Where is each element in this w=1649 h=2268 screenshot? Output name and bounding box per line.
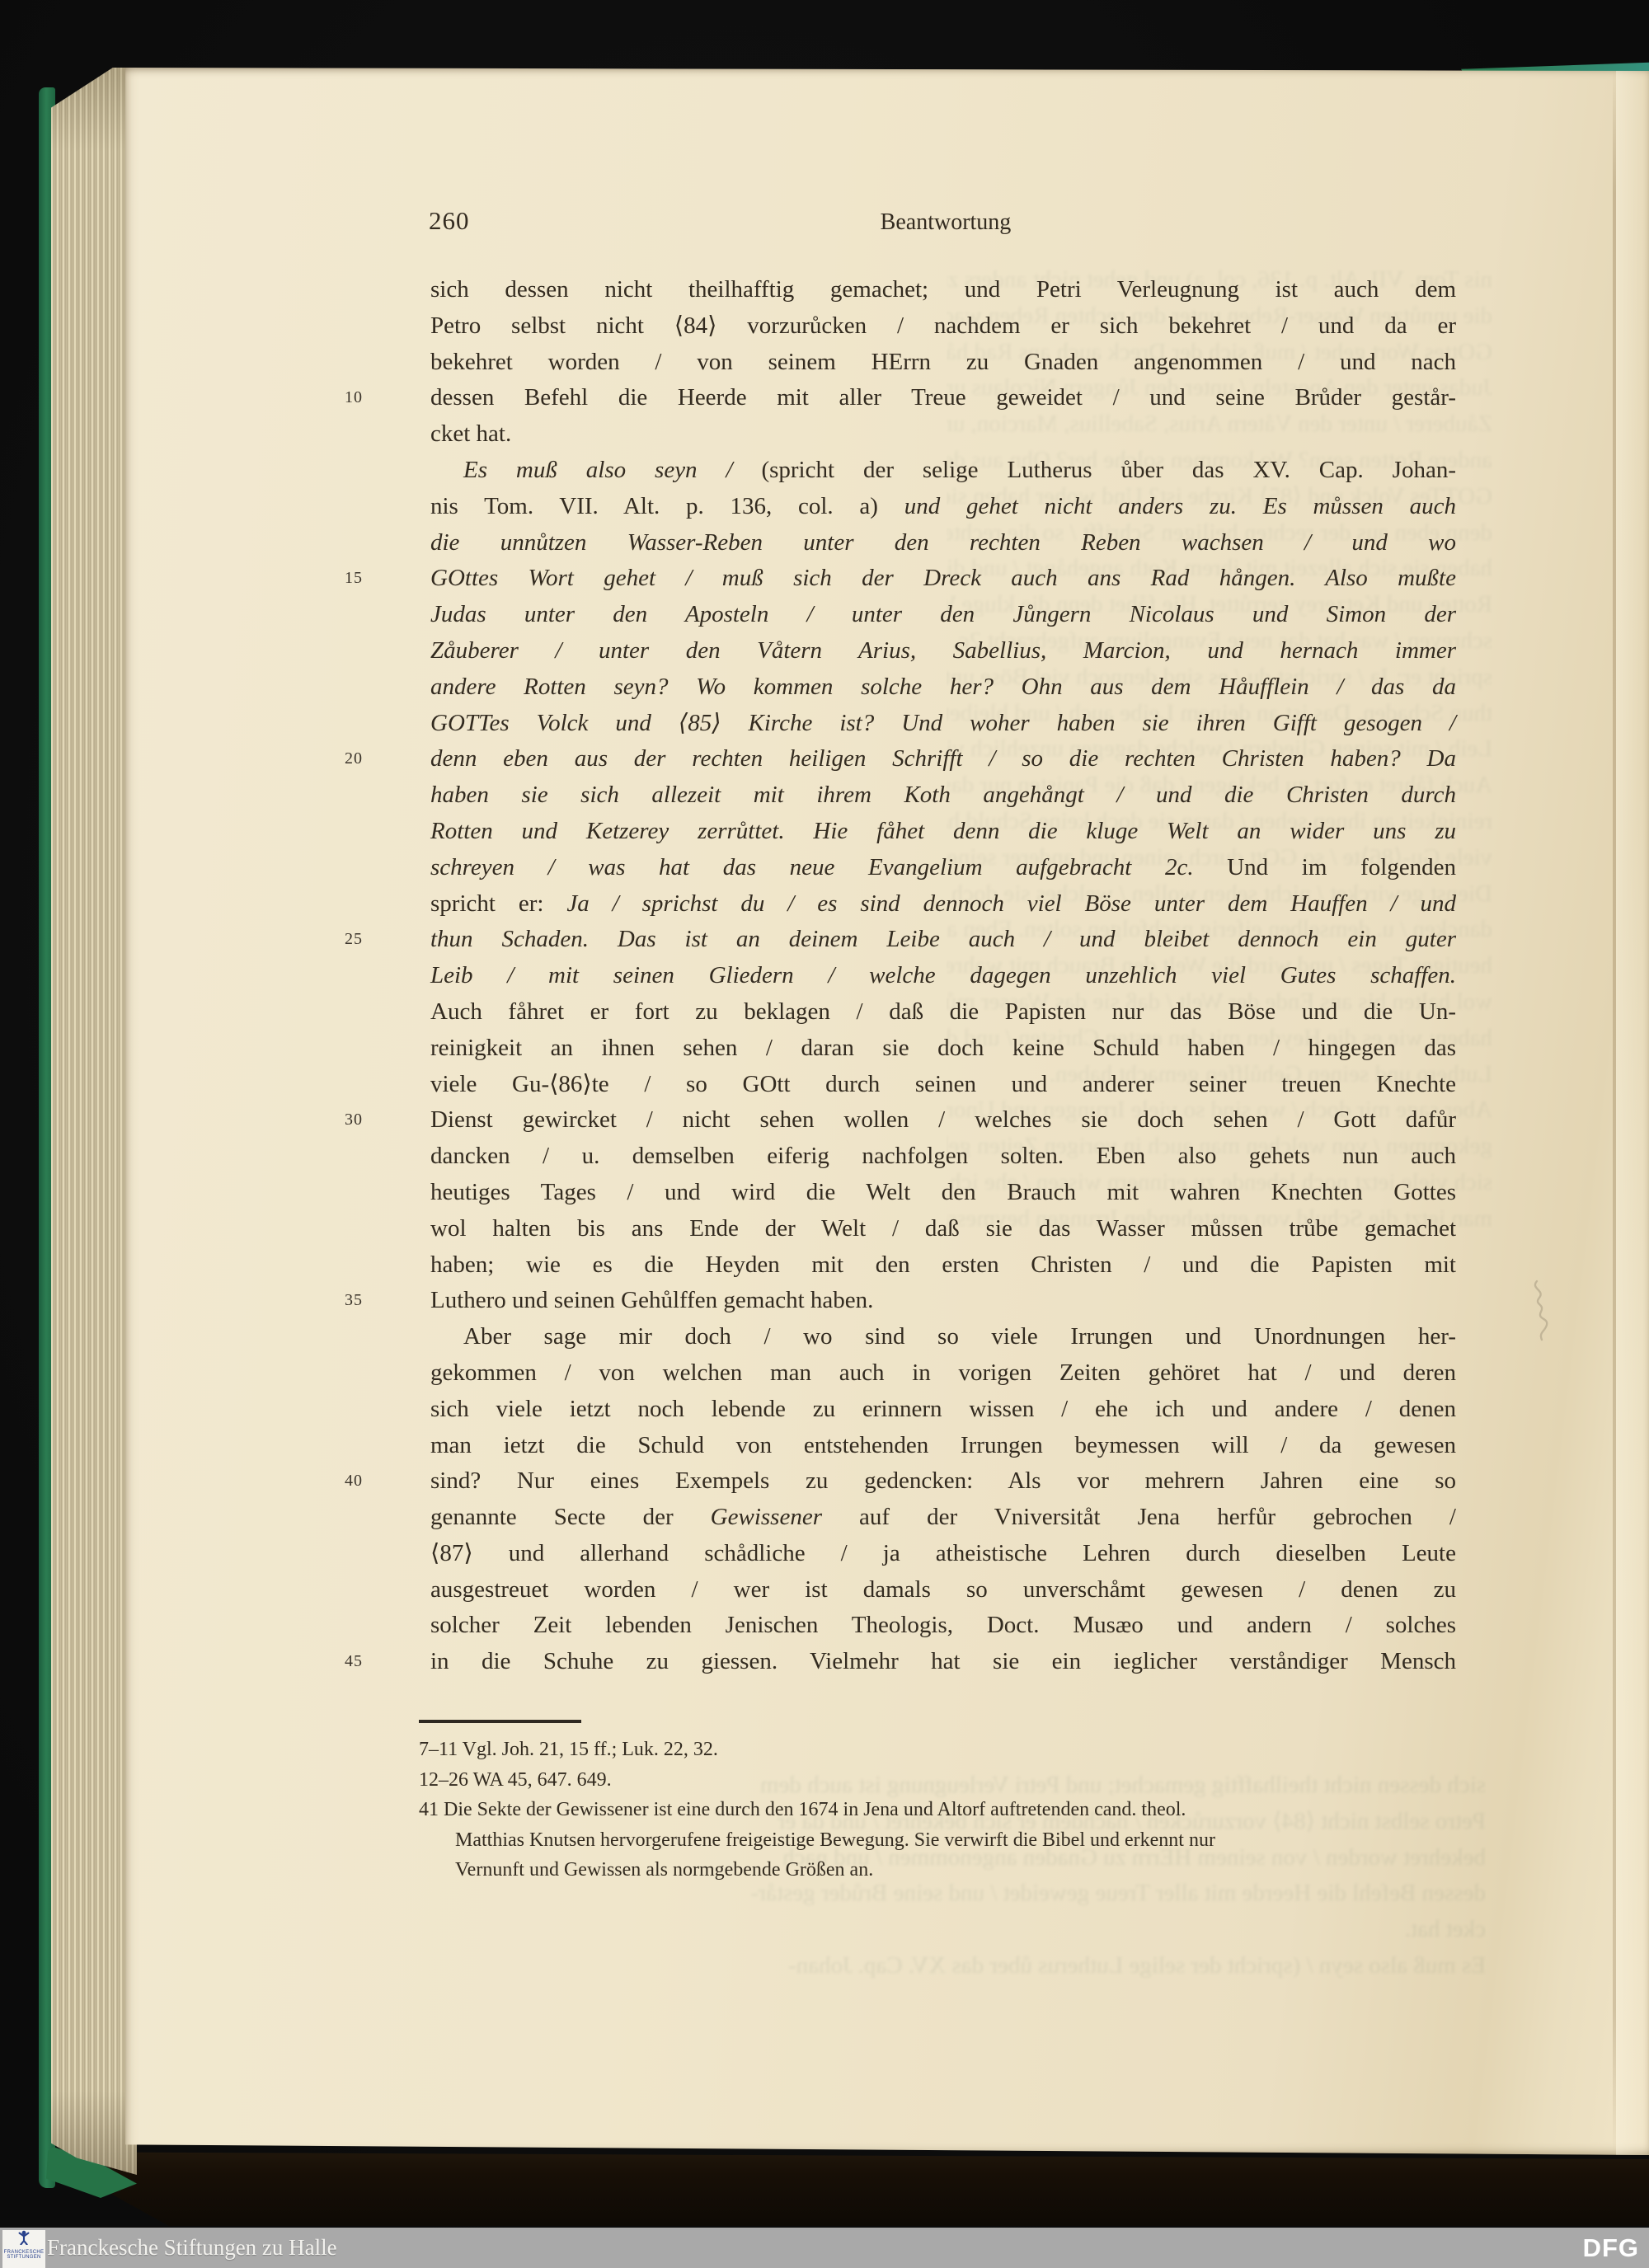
text-line: gekommen / von welchen man auch in vorig… bbox=[430, 1355, 1456, 1392]
text-segment: Luthero und seinen Gehůlffen gemacht hab… bbox=[430, 1287, 873, 1313]
line-number: 10 bbox=[345, 380, 417, 416]
text-line: bekehret worden / von seinem HErrn zu Gn… bbox=[430, 345, 1456, 381]
text-line: haben sie sich allezeit mit ihrem Koth a… bbox=[430, 777, 1456, 814]
text-line: 45in die Schuhe zu giessen. Vielmehr hat… bbox=[430, 1644, 1456, 1680]
text-segment: Petro selbst nicht ⟨84⟩ vorzurůcken / na… bbox=[430, 312, 1456, 339]
text-line: 20denn eben aus der rechten heiligen Sch… bbox=[430, 741, 1456, 777]
text-line: Petro selbst nicht ⟨84⟩ vorzurůcken / na… bbox=[430, 308, 1456, 345]
text-line: nis Tom. VII. Alt. p. 136, col. a) und g… bbox=[430, 489, 1456, 525]
book-scan-scene: nis Tom. VII. Alt. p. 136, col. a) und g… bbox=[0, 0, 1649, 2268]
text-segment: sind? Nur eines Exempels zu gedencken: A… bbox=[430, 1467, 1456, 1494]
line-number: 35 bbox=[345, 1283, 417, 1319]
text-segment: Zåuberer / unter den Våtern Arius, Sabel… bbox=[430, 637, 1456, 664]
logo-caption-line2: STIFTUNGEN bbox=[2, 2255, 45, 2261]
text-segment: viele Gu-⟨86⟩te / so GOtt durch seinen u… bbox=[430, 1071, 1456, 1097]
text-segment: gekommen / von welchen man auch in vorig… bbox=[430, 1359, 1456, 1386]
text-line: sich dessen nicht theilhafftig gemachet;… bbox=[430, 272, 1456, 308]
text-segment: dessen Befehl die Heerde mit aller Treue… bbox=[430, 384, 1456, 411]
footnote-line: 7–11 Vgl. Joh. 21, 15 ff.; Luk. 22, 32. bbox=[419, 1735, 1482, 1765]
institution-name: Franckesche Stiftungen zu Halle bbox=[47, 2228, 337, 2268]
text-line: reinigkeit an ihnen sehen / daran sie do… bbox=[430, 1031, 1456, 1067]
text-line: Rotten und Ketzerey zerrůttet. Hie fåhet… bbox=[430, 814, 1456, 850]
footnotes: 7–11 Vgl. Joh. 21, 15 ff.; Luk. 22, 32.1… bbox=[419, 1735, 1482, 1885]
text-line: ⟨87⟩ und allerhand schådliche / ja athei… bbox=[430, 1536, 1456, 1572]
text-segment: andere Rotten seyn? Wo kommen solche her… bbox=[430, 674, 1456, 700]
text-segment: spricht er: bbox=[430, 890, 566, 917]
text-line: man ietzt die Schuld von entstehenden Ir… bbox=[430, 1428, 1456, 1464]
text-segment: nis Tom. VII. Alt. p. 136, col. a) bbox=[430, 493, 904, 519]
text-segment: Aber sage mir doch / wo sind so viele Ir… bbox=[463, 1323, 1456, 1350]
text-segment: Auch fåhret er fort zu beklagen / daß di… bbox=[430, 998, 1456, 1025]
text-segment: heutiges Tages / und wird die Welt den B… bbox=[430, 1179, 1456, 1205]
body-text: sich dessen nicht theilhafftig gemachet;… bbox=[430, 272, 1456, 1680]
line-number: 30 bbox=[345, 1102, 417, 1139]
text-line: cket hat. bbox=[430, 416, 1456, 453]
text-segment: denn eben aus der rechten heiligen Schri… bbox=[430, 745, 1456, 772]
text-line: Es muß also seyn / (spricht der selige L… bbox=[430, 453, 1456, 489]
line-number: 45 bbox=[345, 1644, 417, 1680]
text-segment: (spricht der selige Lutherus ůber das XV… bbox=[761, 457, 1456, 483]
text-line: dancken / u. demselben eiferig nachfolge… bbox=[430, 1139, 1456, 1175]
text-segment: sich viele ietzt noch lebende zu erinner… bbox=[430, 1396, 1456, 1422]
text-segment: Es muß also seyn / bbox=[463, 457, 761, 483]
line-number: 40 bbox=[345, 1463, 417, 1500]
page-stack-fore-edge bbox=[51, 68, 137, 2175]
line-number: 20 bbox=[345, 741, 417, 777]
footnote-line: 12–26 WA 45, 647. 649. bbox=[419, 1765, 1482, 1796]
text-line: ausgestreuet worden / wer ist damals so … bbox=[430, 1572, 1456, 1608]
viewer-footer-bar: FRANCKESCHE STIFTUNGEN Franckesche Stift… bbox=[0, 2228, 1649, 2268]
text-segment: Gewissener bbox=[711, 1504, 822, 1530]
text-segment: Judas unter den Aposteln / unter den Jůn… bbox=[430, 601, 1456, 627]
text-line: haben; wie es die Heyden mit den ersten … bbox=[430, 1247, 1456, 1284]
text-segment: in die Schuhe zu giessen. Vielmehr hat s… bbox=[430, 1648, 1456, 1674]
text-line: Auch fåhret er fort zu beklagen / daß di… bbox=[430, 994, 1456, 1031]
text-line: schreyen / was hat das neue Evangelium a… bbox=[430, 850, 1456, 886]
text-line: spricht er: Ja / sprichst du / es sind d… bbox=[430, 886, 1456, 923]
text-segment: ausgestreuet worden / wer ist damals so … bbox=[430, 1576, 1456, 1603]
text-segment: thun Schaden. Das ist an deinem Leibe au… bbox=[430, 926, 1456, 952]
footnote-line: Vernunft und Gewissen als normgebende Gr… bbox=[419, 1855, 1482, 1885]
text-line: wol halten bis ans Ende der Welt / daß s… bbox=[430, 1211, 1456, 1247]
text-segment: reinigkeit an ihnen sehen / daran sie do… bbox=[430, 1035, 1456, 1061]
text-segment: Ja / sprichst du / es sind dennoch viel … bbox=[566, 890, 1456, 917]
text-line: 30Dienst gewircket / nicht sehen wollen … bbox=[430, 1102, 1456, 1139]
text-segment: haben; wie es die Heyden mit den ersten … bbox=[430, 1251, 1456, 1278]
text-segment: haben sie sich allezeit mit ihrem Koth a… bbox=[430, 782, 1456, 808]
orphan-figure-icon bbox=[16, 2230, 32, 2245]
text-line: 35Luthero und seinen Gehůlffen gemacht h… bbox=[430, 1283, 1456, 1319]
ghost-line: cket hat. bbox=[430, 1912, 1486, 1948]
text-line: GOTTes Volck und ⟨85⟩ Kirche ist? Und wo… bbox=[430, 706, 1456, 742]
page-fold-highlight bbox=[1616, 68, 1649, 2155]
text-line: Zåuberer / unter den Våtern Arius, Sabel… bbox=[430, 633, 1456, 669]
line-number: 15 bbox=[345, 561, 417, 597]
text-line: Aber sage mir doch / wo sind so viele Ir… bbox=[430, 1319, 1456, 1355]
text-line: heutiges Tages / und wird die Welt den B… bbox=[430, 1175, 1456, 1211]
text-line: genannte Secte der Gewissener auf der Vn… bbox=[430, 1500, 1456, 1536]
footnote-line: 41 Die Sekte der Gewissener ist eine dur… bbox=[419, 1795, 1482, 1825]
text-segment: Dienst gewircket / nicht sehen wollen / … bbox=[430, 1106, 1456, 1133]
text-line: solcher Zeit lebenden Jenischen Theologi… bbox=[430, 1608, 1456, 1644]
text-segment: Leib / mit seinen Gliedern / welche dage… bbox=[430, 962, 1456, 988]
text-segment: GOttes Wort gehet / muß sich der Dreck a… bbox=[430, 565, 1456, 591]
text-line: 25thun Schaden. Das ist an deinem Leibe … bbox=[430, 922, 1456, 958]
text-segment: cket hat. bbox=[430, 420, 511, 447]
franckesche-stiftungen-logo: FRANCKESCHE STIFTUNGEN bbox=[2, 2230, 45, 2268]
text-segment: ⟨87⟩ und allerhand schådliche / ja athei… bbox=[430, 1540, 1456, 1566]
text-segment: genannte Secte der bbox=[430, 1504, 711, 1530]
page-number: 260 bbox=[429, 206, 470, 236]
text-segment: Rotten und Ketzerey zerrůttet. Hie fåhet… bbox=[430, 818, 1456, 844]
text-segment: solcher Zeit lebenden Jenischen Theologi… bbox=[430, 1612, 1456, 1638]
text-line: Judas unter den Aposteln / unter den Jůn… bbox=[430, 597, 1456, 633]
text-line: andere Rotten seyn? Wo kommen solche her… bbox=[430, 669, 1456, 706]
footnote-separator-rule bbox=[419, 1720, 581, 1723]
text-line: 10dessen Befehl die Heerde mit aller Tre… bbox=[430, 380, 1456, 416]
ghost-line: Es muß also seyn / (spricht der selige L… bbox=[430, 1948, 1486, 1984]
dfg-logo: DFG bbox=[1583, 2228, 1639, 2268]
text-segment: auf der Vniversitåt Jena herfůr gebroche… bbox=[822, 1504, 1456, 1530]
text-segment: und gehet nicht anders zu. Es můssen auc… bbox=[904, 493, 1456, 519]
text-line: viele Gu-⟨86⟩te / so GOtt durch seinen u… bbox=[430, 1067, 1456, 1103]
text-segment: bekehret worden / von seinem HErrn zu Gn… bbox=[430, 349, 1456, 375]
book-page: nis Tom. VII. Alt. p. 136, col. a) und g… bbox=[125, 68, 1649, 2155]
pencil-squiggle-mark bbox=[1515, 1278, 1562, 1344]
text-segment: GOTTes Volck und ⟨85⟩ Kirche ist? Und wo… bbox=[430, 710, 1456, 736]
text-segment: wol halten bis ans Ende der Welt / daß s… bbox=[430, 1215, 1456, 1242]
text-line: die unnůtzen Wasser-Reben unter den rech… bbox=[430, 525, 1456, 561]
text-line: 40sind? Nur eines Exempels zu gedencken:… bbox=[430, 1463, 1456, 1500]
text-segment: man ietzt die Schuld von entstehenden Ir… bbox=[430, 1432, 1456, 1458]
text-line: Leib / mit seinen Gliedern / welche dage… bbox=[430, 958, 1456, 994]
text-segment: Und im folgenden bbox=[1227, 854, 1456, 880]
footnote-line: Matthias Knutsen hervorgerufene freigeis… bbox=[419, 1825, 1482, 1856]
text-segment: sich dessen nicht theilhafftig gemachet;… bbox=[430, 276, 1456, 303]
text-segment: schreyen / was hat das neue Evangelium a… bbox=[430, 854, 1227, 880]
text-segment: die unnůtzen Wasser-Reben unter den rech… bbox=[430, 529, 1456, 556]
text-segment: dancken / u. demselben eiferig nachfolge… bbox=[430, 1143, 1456, 1169]
line-number: 25 bbox=[345, 922, 417, 958]
running-header: Beantwortung bbox=[851, 209, 1041, 236]
text-line: 15GOttes Wort gehet / muß sich der Dreck… bbox=[430, 561, 1456, 597]
text-line: sich viele ietzt noch lebende zu erinner… bbox=[430, 1392, 1456, 1428]
